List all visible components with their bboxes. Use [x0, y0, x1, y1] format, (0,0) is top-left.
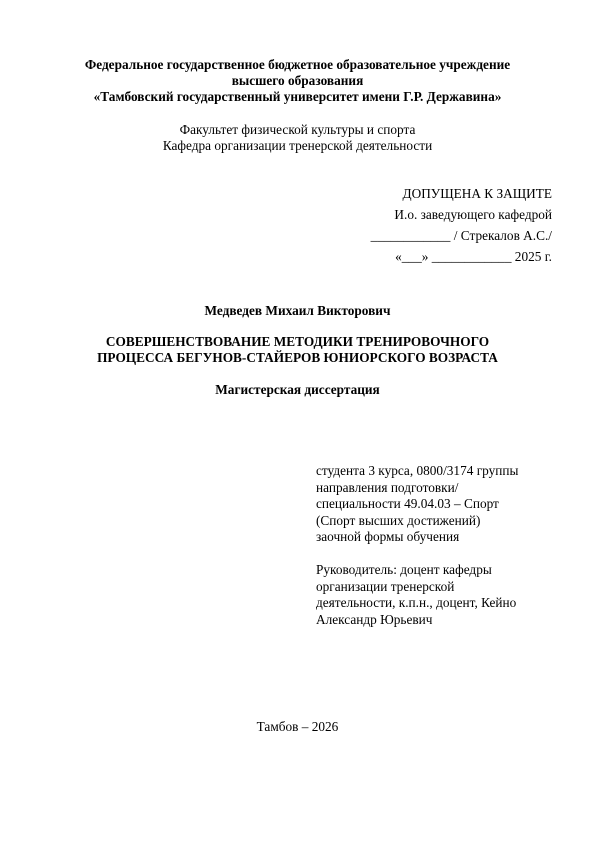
- student-info-block: студента 3 курса, 0800/3174 группы напра…: [316, 463, 566, 546]
- institution-line-2: высшего образования: [0, 73, 595, 89]
- thesis-title-line-1: СОВЕРШЕНСТВОВАНИЕ МЕТОДИКИ ТРЕНИРОВОЧНОГ…: [0, 334, 595, 350]
- supervisor-info-line: Руководитель: доцент кафедры: [316, 562, 566, 579]
- supervisor-info-line: организации тренерской: [316, 579, 566, 596]
- student-info-line: заочной формы обучения: [316, 529, 566, 546]
- department-name: Кафедра организации тренерской деятельно…: [0, 138, 595, 154]
- approval-position: И.о. заведующего кафедрой: [371, 204, 552, 225]
- approval-signature-line: ____________ / Стрекалов А.С./: [371, 225, 552, 246]
- document-page: Федеральное государственное бюджетное об…: [0, 0, 595, 841]
- approval-title: ДОПУЩЕНА К ЗАЩИТЕ: [371, 183, 552, 204]
- supervisor-info-line: деятельности, к.п.н., доцент, Кейно: [316, 595, 566, 612]
- author-name: Медведев Михаил Викторович: [0, 303, 595, 319]
- supervisor-info-block: Руководитель: доцент кафедры организации…: [316, 562, 566, 628]
- student-info-line: (Спорт высших достижений): [316, 513, 566, 530]
- thesis-title-line-2: ПРОЦЕССА БЕГУНОВ-СТАЙЕРОВ ЮНИОРСКОГО ВОЗ…: [0, 350, 595, 366]
- student-info-line: специальности 49.04.03 – Спорт: [316, 496, 566, 513]
- city-year: Тамбов – 2026: [0, 719, 595, 735]
- supervisor-info-line: Александр Юрьевич: [316, 612, 566, 629]
- institution-line-1: Федеральное государственное бюджетное об…: [0, 57, 595, 73]
- faculty-name: Факультет физической культуры и спорта: [0, 122, 595, 138]
- student-info-line: студента 3 курса, 0800/3174 группы: [316, 463, 566, 480]
- approval-block: ДОПУЩЕНА К ЗАЩИТЕ И.о. заведующего кафед…: [371, 183, 552, 267]
- work-type: Магистерская диссертация: [0, 382, 595, 398]
- institution-line-3: «Тамбовский государственный университет …: [0, 89, 595, 105]
- approval-date-line: «___» ____________ 2025 г.: [371, 246, 552, 267]
- student-info-line: направления подготовки/: [316, 480, 566, 497]
